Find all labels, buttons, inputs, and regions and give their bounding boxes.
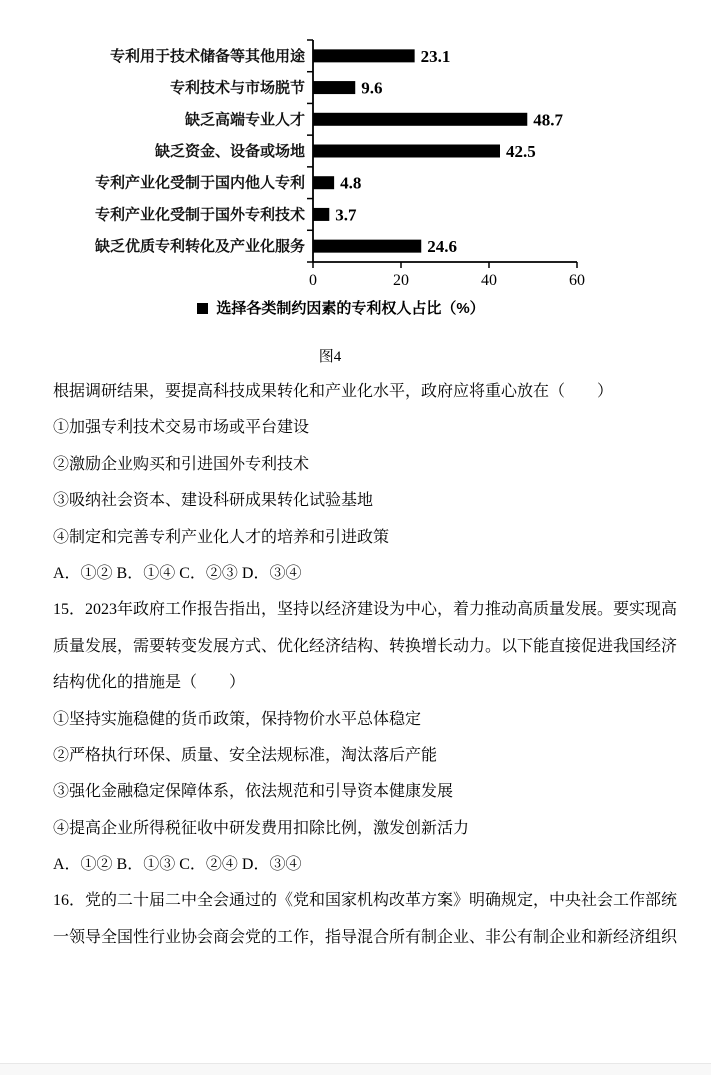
chart-bar: [313, 176, 334, 189]
chart-category-label: 缺乏优质专利转化及产业化服务: [95, 237, 305, 255]
chart-bar: [313, 240, 421, 253]
chart-value-label: 48.7: [533, 110, 563, 129]
chart-value-label: 42.5: [506, 142, 536, 161]
q14-item-1: ①加强专利技术交易市场或平台建设: [53, 410, 663, 446]
chart-bar: [313, 113, 527, 126]
chart-bar: [313, 49, 415, 62]
chart-x-tick-label: 60: [569, 272, 585, 289]
chart-x-tick-label: 0: [309, 272, 317, 289]
chart-category-label: 专利产业化受制于国外专利技术: [95, 205, 305, 223]
q14-item-3: ③吸纳社会资本、建设科研成果转化试验基地: [53, 483, 663, 519]
q14-options: A．①② B．①④ C．②③ D．③④: [53, 556, 663, 592]
q15-item-2: ②严格执行环保、质量、安全法规标准，淘汰落后产能: [53, 738, 663, 774]
chart-category-label: 专利用于技术储备等其他用途: [110, 47, 305, 65]
q15-item-4: ④提高企业所得税征收中研发费用扣除比例，激发创新活力: [53, 811, 663, 847]
chart-bar: [313, 145, 500, 158]
q15-stem-line-3: 结构优化的措施是（ ）: [53, 665, 663, 701]
chart-category-label: 专利产业化受制于国内他人专利: [95, 174, 305, 192]
legend-label: 选择各类制约因素的专利权人占比（%）: [216, 300, 484, 317]
q16-stem-line-2: 一领导全国性行业协会商会党的工作，指导混合所有制企业、非公有制企业和新经济组织: [53, 920, 663, 956]
chart-category-label: 缺乏资金、设备或场地: [155, 142, 305, 160]
question-text-block: 根据调研结果，要提高科技成果转化和产业化水平，政府应将重心放在（ ）①加强专利技…: [53, 374, 663, 956]
page-bottom-edge: [0, 1063, 711, 1075]
q15-stem-line-1: 15．2023年政府工作报告指出，坚持以经济建设为中心，着力推动高质量发展。要实…: [53, 592, 663, 628]
chart-bar: [313, 208, 329, 221]
q14-item-2: ②激励企业购买和引进国外专利技术: [53, 447, 663, 483]
chart-x-tick-label: 40: [481, 272, 497, 289]
chart-category-label: 缺乏高端专业人才: [185, 110, 305, 128]
q15-options: A．①② B．①③ C．②④ D．③④: [53, 847, 663, 883]
chart-value-label: 3.7: [335, 205, 357, 224]
chart-legend: 选择各类制约因素的专利权人占比（%）: [0, 299, 682, 319]
chart-x-tick-label: 20: [393, 272, 409, 289]
chart-bar: [313, 81, 355, 94]
figure-caption: 图4: [0, 345, 660, 366]
q15-item-3: ③强化金融稳定保障体系，依法规范和引导资本健康发展: [53, 774, 663, 810]
chart-value-label: 23.1: [421, 47, 451, 66]
chart-value-label: 4.8: [340, 174, 361, 193]
q16-stem-line-1: 16．党的二十届二中全会通过的《党和国家机构改革方案》明确规定，中央社会工作部统: [53, 883, 663, 919]
legend-marker-icon: [197, 303, 208, 314]
q14-item-4: ④制定和完善专利产业化人才的培养和引进政策: [53, 520, 663, 556]
q15-stem-line-2: 质量发展，需要转变发展方式、优化经济结构、转换增长动力。以下能直接促进我国经济: [53, 629, 663, 665]
chart-category-label: 专利技术与市场脱节: [170, 79, 305, 97]
chart-value-label: 24.6: [427, 237, 457, 256]
bar-chart: 0204060专利用于技术储备等其他用途23.1专利技术与市场脱节9.6缺乏高端…: [0, 0, 711, 300]
chart-value-label: 9.6: [361, 79, 382, 98]
q15-item-1: ①坚持实施稳健的货币政策，保持物价水平总体稳定: [53, 702, 663, 738]
q14-stem: 根据调研结果，要提高科技成果转化和产业化水平，政府应将重心放在（ ）: [53, 374, 663, 410]
